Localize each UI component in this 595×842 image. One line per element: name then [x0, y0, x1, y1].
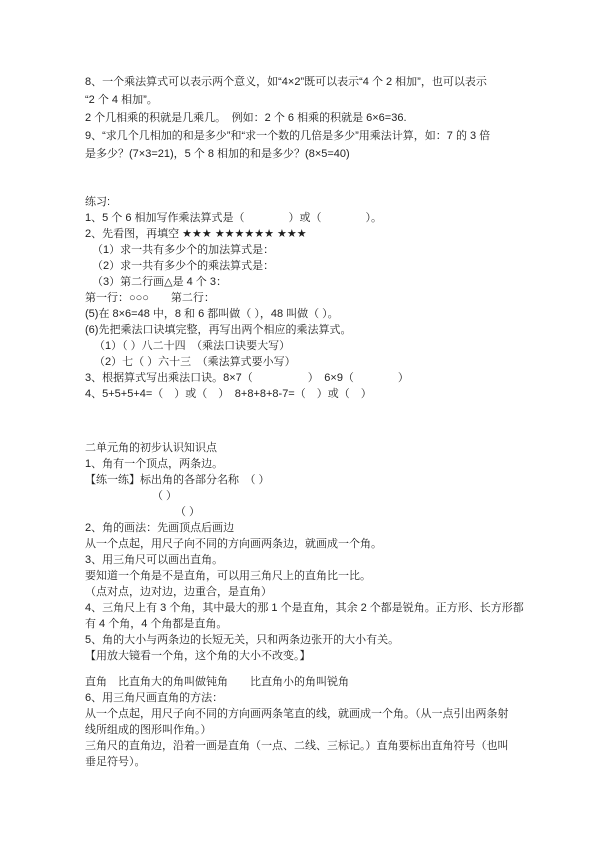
text-line: （3）第二行画△是 4 个 3： — [85, 274, 513, 290]
text-line: 要知道一个角是不是直角，可以用三角尺上的直角比一比。 — [85, 568, 513, 584]
text-line: 是多少？(7×3=21)，5 个 8 相加的和是多少？(8×5=40) — [85, 145, 513, 163]
section-practice-exercises: 练习:1、5 个 6 相加写作乘法算式是（ ）或（ ）。2、先看图，再填空 ★★… — [85, 194, 513, 402]
text-line: 第一行：○○○ 第二行： — [85, 290, 513, 306]
text-line: 8、一个乘法算式可以表示两个意义，如“4×2”既可以表示“4 个 2 相加”，也… — [85, 73, 513, 91]
text-line: （点对点，边对边，边重合，是直角） — [85, 584, 513, 600]
document-page: 8、一个乘法算式可以表示两个意义，如“4×2”既可以表示“4 个 2 相加”，也… — [0, 0, 595, 842]
text-line: 4、5+5+5+4=（ ）或（ ） 8+8+8+8-7=（ ）或（ ） — [85, 386, 513, 402]
text-line: 3、根据算式写出乘法口诀。8×7（ ） 6×9（ ） — [85, 370, 513, 386]
text-line: 1、角有一个顶点，两条边。 — [85, 456, 513, 472]
section-unit2-angle-knowledge: 二单元角的初步认识知识点1、角有一个顶点，两条边。【练一练】标出角的各部分名称 … — [85, 440, 513, 664]
text-line: 2、先看图，再填空 ★★★ ★★★★★★ ★★★ — [85, 226, 513, 242]
text-line: 【用放大镜看一个角，这个角的大小不改变。】 — [85, 648, 513, 664]
text-line: 从一个点起，用尺子向不同的方向画两条边，就画成一个角。 — [85, 536, 513, 552]
text-line: 三角尺的直角边，沿着一画是直角（一点、二线、三标记。）直角要标出直角符号（也叫 — [85, 738, 513, 754]
text-line: 4、三角尺上有 3 个角，其中最大的那 1 个是直角，其余 2 个都是锐角。正方… — [85, 600, 513, 616]
text-line: （1）（ ）八二十四 （乘法口诀要大写） — [85, 338, 513, 354]
text-line: 3、用三角尺可以画出直角。 — [85, 552, 513, 568]
text-line: 直角 比直角大的角叫做钝角 比直角小的角叫锐角 — [85, 674, 513, 690]
text-line: 有 4 个角，4 个角都是直角。 — [85, 616, 513, 632]
text-line: 2、角的画法：先画顶点后画边 — [85, 520, 513, 536]
text-line: （ ） — [85, 504, 513, 520]
text-line: 从一个点起，用尺子向不同的方向画两条笔直的线，就画成一个角。（从一点引出两条射 — [85, 706, 513, 722]
text-line: 二单元角的初步认识知识点 — [85, 440, 513, 456]
section-multiplication-meaning-notes: 8、一个乘法算式可以表示两个意义，如“4×2”既可以表示“4 个 2 相加”，也… — [85, 73, 513, 163]
text-line: 垂足符号）。 — [85, 754, 513, 770]
text-line: 2 个几相乘的积就是几乘几。 例如：2 个 6 相乘的积就是 6×6=36. — [85, 109, 513, 127]
text-line: 【练一练】标出角的各部分名称 （ ） — [85, 472, 513, 488]
text-line: 5、角的大小与两条边的长短无关，只和两条边张开的大小有关。 — [85, 632, 513, 648]
text-line: （1）求一共有多少个的加法算式是： — [85, 242, 513, 258]
text-line: “2 个 4 相加”。 — [85, 91, 513, 109]
text-line: 线所组成的图形叫作角。） — [85, 722, 513, 738]
text-line: （2）七（ ）六十三 （乘法算式要小写） — [85, 354, 513, 370]
section-right-angle-drawing-method: 直角 比直角大的角叫做钝角 比直角小的角叫锐角6、用三角尺画直角的方法：从一个点… — [85, 674, 513, 770]
text-line: （ ） — [85, 488, 513, 504]
text-line: 练习: — [85, 194, 513, 210]
text-line: (6)先把乘法口诀填完整，再写出两个相应的乘法算式。 — [85, 322, 513, 338]
text-line: （2）求一共有多少个的乘法算式是： — [85, 258, 513, 274]
text-line: 9、“求几个几相加的和是多少”和“求一个数的几倍是多少”用乘法计算，如：7 的 … — [85, 127, 513, 145]
text-line: (5)在 8×6=48 中，8 和 6 都叫做（ ），48 叫做（ ）。 — [85, 306, 513, 322]
text-line: 6、用三角尺画直角的方法： — [85, 690, 513, 706]
text-line: 1、5 个 6 相加写作乘法算式是（ ）或（ ）。 — [85, 210, 513, 226]
